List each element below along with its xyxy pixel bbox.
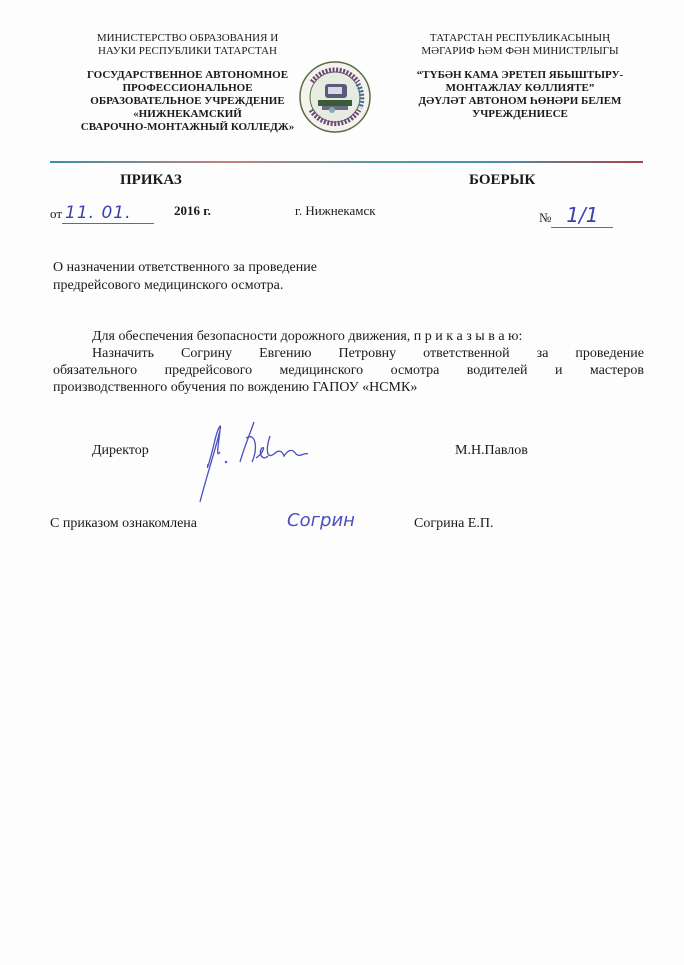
number-field: 1/1: [551, 203, 613, 228]
order-year: 2016 г.: [174, 203, 211, 219]
header-right: ТАТАРСТАН РЕСПУБЛИКАСЫНЫҢ МӘГАРИФ ҺӘМ ФӘ…: [385, 32, 655, 121]
ministry-line: ТАТАРСТАН РЕСПУБЛИКАСЫНЫҢ: [385, 32, 655, 45]
order-title-tt: БОЕРЫК: [469, 172, 535, 189]
subject-line: О назначении ответственного за проведени…: [53, 259, 317, 277]
order-number: №1/1: [539, 203, 613, 228]
org-line: ДӘҮЛӘТ АВТОНОМ ҺӨНӘРИ БЕЛЕМ: [385, 95, 655, 108]
header-divider: [50, 161, 643, 163]
date-field: 11. 01.: [62, 203, 154, 224]
director-signature: [196, 418, 316, 506]
number-prefix: №: [539, 210, 551, 225]
director-label: Директор: [92, 443, 149, 459]
order-date: от11. 01.: [50, 203, 154, 224]
date-handwritten: 11. 01.: [65, 203, 131, 223]
order-body: Для обеспечения безопасности дорожного д…: [53, 328, 644, 396]
date-prefix: от: [50, 206, 62, 221]
director-name: М.Н.Павлов: [455, 443, 528, 459]
org-line: СВАРОЧНО-МОНТАЖНЫЙ КОЛЛЕДЖ»: [55, 121, 320, 134]
org-line: ГОСУДАРСТВЕННОЕ АВТОНОМНОЕ: [55, 69, 320, 82]
body-line: обязательного предрейсового медицинского…: [53, 362, 644, 379]
org-line: «НИЖНЕКАМСКИЙ: [55, 108, 320, 121]
number-handwritten: 1/1: [566, 203, 598, 227]
acknowledged-label: С приказом ознакомлена: [50, 516, 197, 532]
org-line: УЧРЕЖДЕНИЕСЕ: [385, 108, 655, 121]
body-line: Назначить Согрину Евгению Петровну ответ…: [53, 345, 644, 362]
acknowledged-name: Согрина Е.П.: [414, 516, 493, 532]
org-line: МОНТАЖЛАУ КӨЛЛИЯТЕ”: [385, 82, 655, 95]
subject-line: предрейсового медицинского осмотра.: [53, 277, 317, 295]
order-city: г. Нижнекамск: [295, 203, 376, 219]
ministry-line: МИНИСТЕРСТВО ОБРАЗОВАНИЯ И: [55, 32, 320, 45]
ministry-line: МӘГАРИФ ҺӘМ ФӘН МИНИСТРЛЫГЫ: [385, 45, 655, 58]
body-preamble: Для обеспечения безопасности дорожного д…: [53, 328, 644, 345]
body-line: производственного обучения по вождению Г…: [53, 379, 644, 396]
order-title-ru: ПРИКАЗ: [120, 172, 182, 189]
header-left: МИНИСТЕРСТВО ОБРАЗОВАНИЯ И НАУКИ РЕСПУБЛ…: [55, 32, 320, 134]
acknowledged-signature: Согрин: [287, 510, 355, 531]
college-emblem-icon: [298, 60, 372, 134]
org-line: ПРОФЕССИОНАЛЬНОЕ: [55, 82, 320, 95]
org-line: ОБРАЗОВАТЕЛЬНОЕ УЧРЕЖДЕНИЕ: [55, 95, 320, 108]
org-line: “ТҮБӘН КАМА ЭРЕТЕП ЯБЫШТЫРУ-: [385, 69, 655, 82]
order-subject: О назначении ответственного за проведени…: [53, 259, 317, 295]
ministry-line: НАУКИ РЕСПУБЛИКИ ТАТАРСТАН: [55, 45, 320, 58]
